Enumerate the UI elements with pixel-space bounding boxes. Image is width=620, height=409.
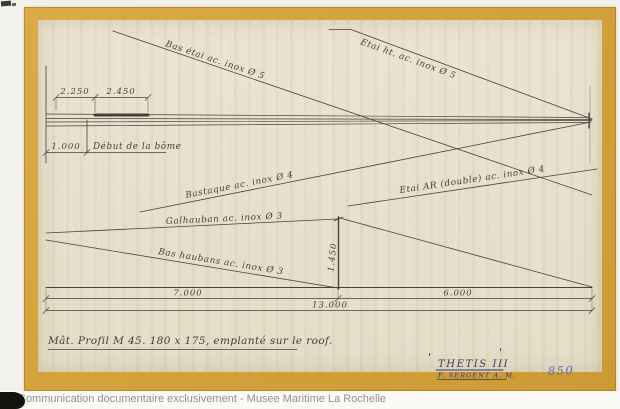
dim-7000-label: 7.000 <box>173 289 202 299</box>
title-quote-left: ' <box>428 351 431 364</box>
dim-13000-label: 13.000 <box>312 301 348 311</box>
drawing-number: 850 <box>548 363 575 378</box>
boat-title: THETIS III <box>438 359 509 370</box>
bas-haubans-line <box>46 240 338 288</box>
masthead-dimension-lines <box>53 95 151 113</box>
boom-start-label: Début de la bôme <box>92 141 181 152</box>
dim-6000-label: 6.000 <box>443 289 472 299</box>
scanned-rigging-plan: 2.250 2.450 1.000 Début de la bôme Bas é… <box>0 0 620 409</box>
dim-2450-label: 2.450 <box>105 87 135 97</box>
mast-profile-note: Mât. Profil M 45. 180 x 175, emplanté su… <box>47 335 333 347</box>
dim-1000-label: 1.000 <box>51 142 80 152</box>
ink-blot <box>0 392 25 409</box>
bas-etai-label: Bas étai ac. inox Ø 5 <box>163 38 266 82</box>
etai-haut-label: Etai ht. ac. inox Ø 5 <box>358 36 458 81</box>
title-quote-right: ' <box>499 346 502 359</box>
galhauban-upper-line <box>338 218 592 288</box>
bastaque-label: Bastaque ac. inox Ø 4 <box>183 169 294 201</box>
author-name: F. SERGENT A. M. <box>437 372 516 380</box>
dim-1450-label: 1.450 <box>327 242 340 272</box>
mast-rigging-diagram: 2.250 2.450 1.000 Début de la bôme Bas é… <box>0 0 620 409</box>
dim-2250-label: 2.250 <box>59 87 89 97</box>
museum-watermark: Communication documentaire exclusivement… <box>0 391 620 409</box>
